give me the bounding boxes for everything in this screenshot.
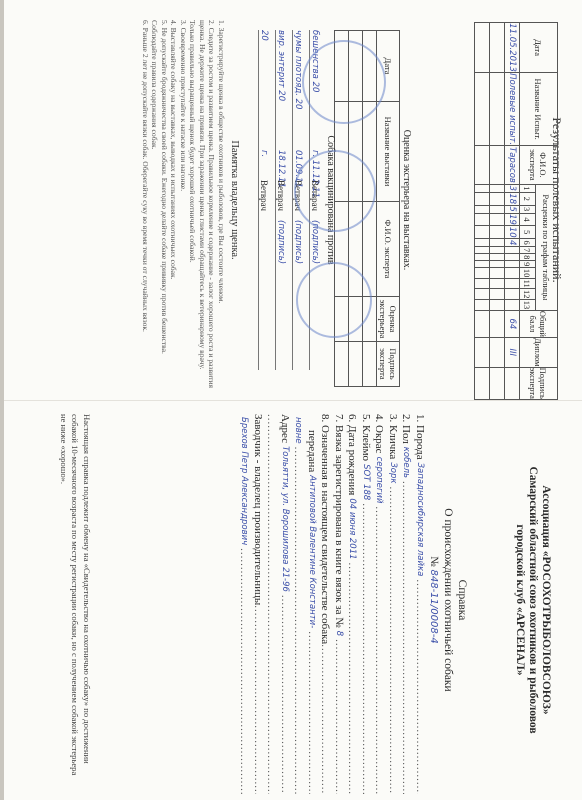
- field-value: 04 июня 2011: [345, 495, 359, 562]
- field-dots: [264, 414, 278, 794]
- cell-empty: [475, 184, 490, 192]
- cell-empty: [490, 247, 505, 254]
- left-page: Результаты полевых испытаний. Дата Назва…: [0, 0, 582, 400]
- field-value: кобель: [399, 444, 413, 481]
- th-score-col: 7: [520, 247, 536, 254]
- th-score-col: 1: [520, 184, 536, 192]
- cell-empty: [475, 247, 490, 254]
- field-value: серопегий: [372, 454, 386, 507]
- cell-empty: [349, 342, 363, 387]
- number-value: 848-11/0008-4: [428, 570, 439, 644]
- field-dots: [386, 487, 400, 795]
- cell-score: [505, 254, 520, 261]
- th-expert: Ф.И.О. эксперта: [520, 146, 558, 185]
- cell-empty: [475, 337, 490, 367]
- field-dots: [237, 548, 251, 794]
- vacc-date: чумы плотояд. 20: [293, 30, 303, 150]
- cell-empty: [490, 213, 505, 226]
- th-exh-expert: Ф.И.О. эксперта: [377, 202, 400, 297]
- vacc-year: 18.12.11: [276, 150, 286, 180]
- field-label: 6. Дата рождения: [345, 414, 359, 495]
- cell-empty: [475, 73, 490, 146]
- cell-empty: [490, 337, 505, 367]
- field-label: 1. Порода: [413, 414, 427, 460]
- th-total: Общий балл: [520, 310, 558, 337]
- cell-empty: [490, 192, 505, 205]
- cell-score: [505, 247, 520, 254]
- cell-empty: [475, 146, 490, 185]
- field-dots: [305, 631, 319, 794]
- th-score-col: 13: [520, 300, 536, 311]
- th-exh-score: Оценка экстерьера: [377, 297, 400, 342]
- org-line-1: Ассоциация «РОСОХОТРЫБОЛОВСОЮЗ»: [539, 400, 552, 800]
- field-dots: [278, 595, 292, 794]
- certificate-field: 6. Дата рождения04 июня 2011: [345, 414, 359, 794]
- certificate-field: 4. Окрассеропегий: [372, 414, 386, 794]
- right-page: Ассоциация «РОСОХОТРЫБОЛОВСОЮЗ» Самарски…: [0, 400, 582, 800]
- cell-empty: [475, 278, 490, 288]
- certificate-field: 5. КлеймоSOT 188: [359, 414, 373, 794]
- cell-signature: [505, 367, 520, 399]
- memo-item: 6. Раньше 2 лет не допускайте вязки соба…: [141, 20, 151, 390]
- cell-score: [505, 278, 520, 288]
- cell-empty: [490, 226, 505, 239]
- cell-empty: [490, 367, 505, 399]
- stamp-icon: [294, 150, 376, 232]
- cell-expert: Тарасов: [505, 146, 520, 185]
- field-value: новне: [291, 414, 305, 447]
- exhibitions-title: Оценка экстерьера на выставках.: [401, 0, 412, 400]
- cell-empty: [475, 367, 490, 399]
- field-dots: [359, 503, 373, 794]
- org-line-2: Самарский областной союз охотников и рыб…: [526, 400, 539, 800]
- org-line-3: городской клуб «АРСЕНАЛ»: [513, 400, 526, 800]
- certificate-title: Справка: [456, 400, 468, 800]
- cell-empty: [475, 254, 490, 261]
- certificate-field: переданаАнтиповой Валентине Константи-: [305, 414, 319, 794]
- th-score-col: 10: [520, 268, 536, 279]
- vaccination-row: вир. энтерит 2018.12.11Ветврач(подпись): [275, 30, 290, 370]
- cell-score: 18: [505, 192, 520, 205]
- vacc-year: г.: [259, 150, 269, 180]
- certificate-field: 8. Означенная в настоящем свидетельстве …: [318, 414, 332, 794]
- cell-empty: [490, 23, 505, 73]
- field-dots: [372, 506, 386, 794]
- th-score-col: 12: [520, 289, 536, 300]
- stamp-icon: [302, 40, 386, 124]
- cell-empty: [475, 213, 490, 226]
- field-value: 8: [332, 628, 346, 639]
- field-label: передана: [305, 430, 319, 472]
- field-label: 3. Кличка: [386, 414, 400, 459]
- cell-empty: [475, 192, 490, 205]
- field-value: SOT 188: [359, 461, 373, 503]
- table-row: [475, 23, 490, 400]
- cell-empty: [475, 289, 490, 300]
- cell-score: 10: [505, 226, 520, 239]
- field-value: Тольятти, ул. Ворошилова 21-96: [278, 443, 292, 595]
- cell-empty: [475, 226, 490, 239]
- cell-score: [505, 300, 520, 311]
- stamp-icon: [296, 262, 372, 338]
- field-label: Адрес: [278, 414, 292, 443]
- cell-empty: [475, 310, 490, 337]
- field-label: 5. Клеймо: [359, 414, 373, 461]
- memo-list: 1. Зарегистрируйте щенка в обществе охот…: [141, 20, 227, 390]
- th-trial-name: Название Испыт.: [520, 73, 558, 146]
- number-label: №: [428, 556, 440, 567]
- th-score-col: 11: [520, 278, 536, 288]
- vacc-date: 20: [259, 30, 269, 150]
- cell-date: 11.05.2013: [505, 23, 520, 73]
- th-signature: Подпись эксперта: [520, 367, 558, 399]
- field-trials-table: Дата Название Испыт. Ф.И.О. эксперта Рас…: [474, 22, 558, 400]
- cell-empty: [475, 239, 490, 247]
- th-diploma: Диплом: [520, 337, 558, 367]
- cell-empty: [490, 73, 505, 146]
- vacc-label: Ветврач: [259, 180, 269, 220]
- cell-empty: [490, 205, 505, 213]
- field-dots: [399, 481, 413, 794]
- cell-empty: [490, 289, 505, 300]
- th-score-col: 9: [520, 261, 536, 268]
- memo-item: 4. Выставляйте собаку на выставках, выво…: [169, 20, 179, 390]
- field-label: 7. Вязка зарегистрирована в книге вязок …: [332, 414, 346, 628]
- cell-score: 5: [505, 205, 520, 213]
- cell-empty: [475, 268, 490, 279]
- table-row: [490, 23, 505, 400]
- cell-total: 64: [505, 310, 520, 337]
- th-score-col: 3: [520, 205, 536, 213]
- field-label: 4. Окрас: [372, 414, 386, 454]
- th-exh-name: Название выставки: [377, 102, 400, 202]
- certificate-field: 1. ПородаЗападносибирская лайка: [413, 414, 427, 794]
- th-exh-signature: Подпись эксперта: [377, 342, 400, 387]
- field-label: 2. Пол: [399, 414, 413, 444]
- certificate-field: 3. КличкаЗорк: [386, 414, 400, 794]
- cell-empty: [475, 261, 490, 268]
- vaccination-row: 20г.Ветврач: [258, 30, 273, 370]
- field-value: Зорк: [386, 459, 400, 486]
- cell-score: [505, 289, 520, 300]
- cell-diploma: III: [505, 337, 520, 367]
- memo-item: 1. Зарегистрируйте щенка в обществе охот…: [217, 20, 227, 390]
- certificate-field: новне: [291, 414, 305, 794]
- cell-empty: [363, 342, 377, 387]
- th-score-col: 2: [520, 192, 536, 205]
- th-score-col: 8: [520, 254, 536, 261]
- certificate-field: 2. Полкобель: [399, 414, 413, 794]
- certificate-field: 7. Вязка зарегистрирована в книге вязок …: [332, 414, 346, 794]
- cell-score: 3: [505, 184, 520, 192]
- field-dots: [291, 447, 305, 794]
- certificate-fields: 1. ПородаЗападносибирская лайка2. Полкоб…: [237, 414, 426, 794]
- certificate-note: Настоящая справка подлежит обмену на «Св…: [58, 414, 93, 784]
- memo-item: 5. Не допускайте бродяжничества своей со…: [150, 20, 169, 390]
- field-value: Западносибирская лайка: [413, 460, 427, 580]
- vacc-label: Ветврач: [276, 180, 286, 220]
- cell-empty: [490, 261, 505, 268]
- vacc-date: вир. энтерит 20: [276, 30, 286, 150]
- field-value: Антиповой Валентине Константи-: [305, 472, 319, 631]
- certificate-field: [264, 414, 278, 794]
- certificate-field: Брехов Петр Александрович: [237, 414, 251, 794]
- vacc-signature: (подпись): [276, 220, 286, 370]
- certificate-subtitle: О происхождении охотничьей собаки: [442, 400, 454, 800]
- cell-empty: [490, 239, 505, 247]
- field-dots: [318, 644, 332, 794]
- cell-empty: [490, 310, 505, 337]
- cell-empty: [490, 268, 505, 279]
- certificate-field: Заводчик - владелец производительницы: [251, 414, 265, 794]
- organization-header: Ассоциация «РОСОХОТРЫБОЛОВСОЮЗ» Самарски…: [513, 400, 552, 800]
- cell-empty: [490, 254, 505, 261]
- cell-empty: [475, 23, 490, 73]
- cell-empty: [335, 342, 349, 387]
- cell-empty: [490, 184, 505, 192]
- field-value: Брехов Петр Александрович: [237, 414, 251, 548]
- field-label: Заводчик - владелец производительницы: [251, 414, 265, 605]
- th-score-col: 6: [520, 239, 536, 247]
- pedigree-document: Результаты полевых испытаний. Дата Назва…: [0, 0, 582, 800]
- certificate-field: АдресТольятти, ул. Ворошилова 21-96: [278, 414, 292, 794]
- field-dots: [251, 605, 265, 794]
- cell-score: 19: [505, 213, 520, 226]
- th-score-col: 5: [520, 226, 536, 239]
- memo-title: Памятка владельцу щенка.: [229, 0, 240, 400]
- field-dots: [332, 639, 346, 794]
- memo-item: 2. Следите за ростом и развитием щенка. …: [188, 20, 217, 390]
- field-label: 8. Означенная в настоящем свидетельстве …: [318, 414, 332, 644]
- th-scores-group: Расценки по графам таблицы: [536, 184, 558, 310]
- th-date: Дата: [520, 23, 558, 73]
- table-row: 11.05.2013Полевые испыт.Тарасов318519104…: [505, 23, 520, 400]
- cell-empty: [490, 278, 505, 288]
- cell-empty: [490, 300, 505, 311]
- field-dots: [413, 579, 427, 794]
- cell-score: 4: [505, 239, 520, 247]
- field-dots: [345, 563, 359, 794]
- cell-score: [505, 268, 520, 279]
- cell-empty: [475, 300, 490, 311]
- memo-item: 3. Своевременно приступайте к натаске ил…: [179, 20, 189, 390]
- cell-empty: [475, 205, 490, 213]
- cell-score: [505, 261, 520, 268]
- cell-empty: [490, 146, 505, 185]
- cell-trial-name: Полевые испыт.: [505, 73, 520, 146]
- th-score-col: 4: [520, 213, 536, 226]
- certificate-number: № 848-11/0008-4: [428, 400, 440, 800]
